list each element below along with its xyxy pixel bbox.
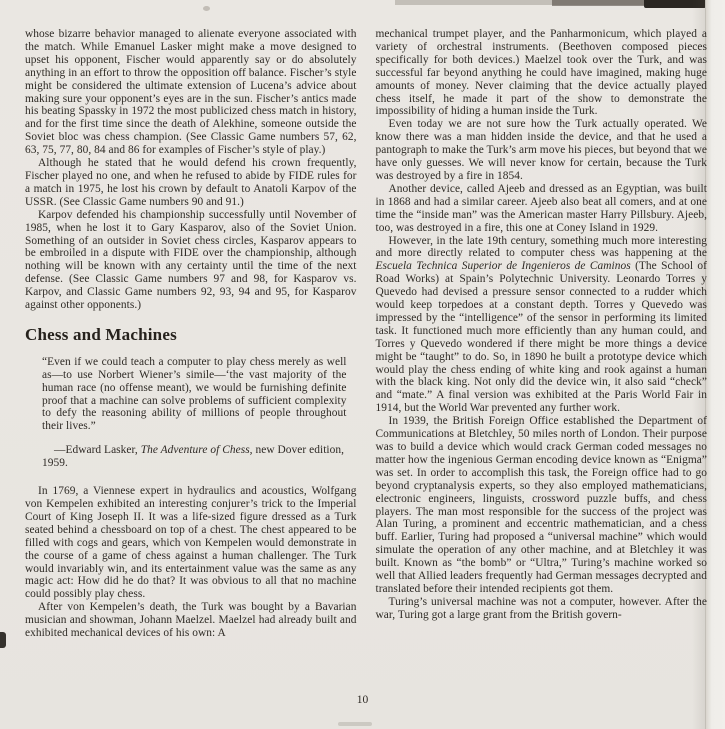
body-paragraph: Even today we are not sure how the Turk … <box>376 118 708 183</box>
scan-artifact-left-edge <box>0 632 6 648</box>
body-paragraph: After von Kempelen’s death, the Turk was… <box>25 601 357 640</box>
right-column: mechanical trumpet player, and the Panha… <box>376 28 708 640</box>
body-paragraph: Although he stated that he would defend … <box>25 157 357 209</box>
body-paragraph: Another device, called Ajeeb and dressed… <box>376 183 708 235</box>
block-quote: “Even if we could teach a computer to pl… <box>42 356 347 433</box>
book-page: whose bizarre behavior managed to aliena… <box>0 0 725 729</box>
scan-artifact-dot <box>203 6 210 11</box>
page-number: 10 <box>0 694 725 706</box>
body-paragraph: mechanical trumpet player, and the Panha… <box>376 28 708 118</box>
text-columns: whose bizarre behavior managed to aliena… <box>25 28 707 640</box>
quote-attribution: —Edward Lasker, The Adventure of Chess, … <box>42 444 357 470</box>
section-heading: Chess and Machines <box>25 329 357 342</box>
left-column: whose bizarre behavior managed to aliena… <box>25 28 357 640</box>
body-paragraph: In 1939, the British Foreign Office esta… <box>376 415 708 596</box>
scan-artifact-top-band-dark <box>552 0 657 6</box>
body-paragraph: whose bizarre behavior managed to aliena… <box>25 28 357 157</box>
body-paragraph: However, in the late 19th century, somet… <box>376 235 708 416</box>
body-paragraph: In 1769, a Viennese expert in hydraulics… <box>25 485 357 601</box>
body-paragraph: Turing’s universal machine was not a com… <box>376 596 708 622</box>
body-paragraph: Karpov defended his championship success… <box>25 209 357 312</box>
scan-artifact-bottom-smudge <box>338 722 372 726</box>
page-edge <box>705 0 725 729</box>
